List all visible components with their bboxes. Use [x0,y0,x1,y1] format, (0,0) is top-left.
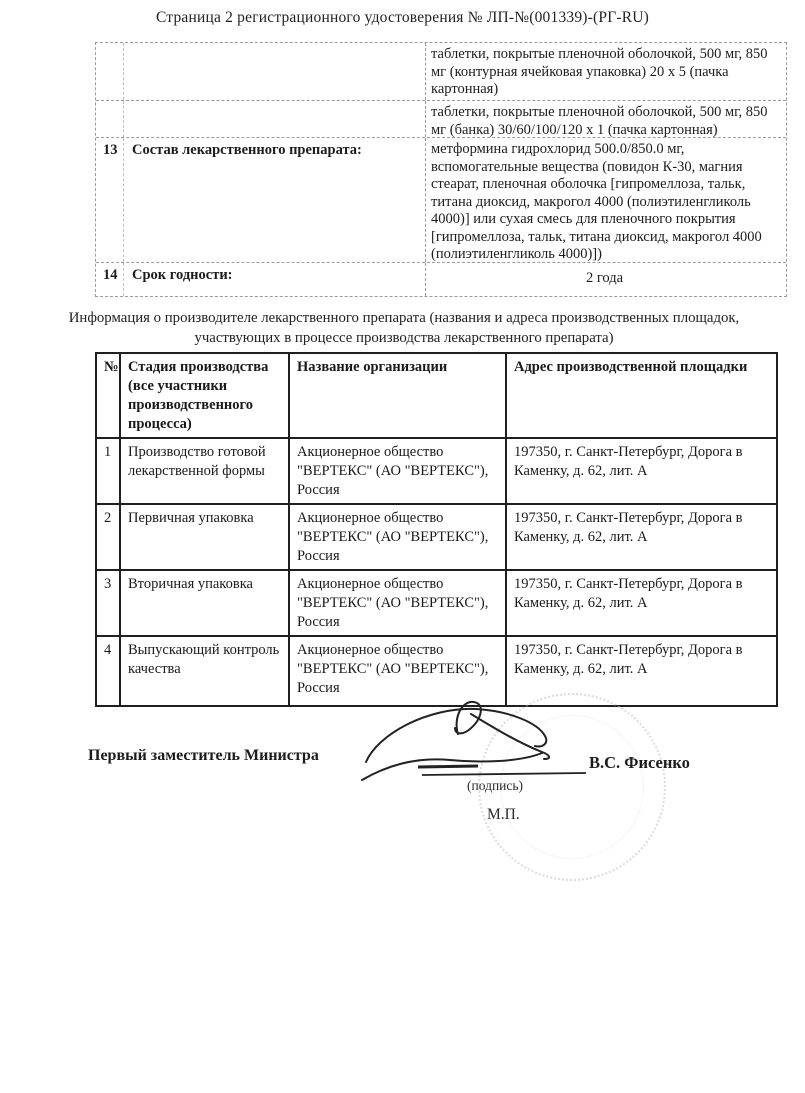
cell-num: 3 [96,570,120,636]
row-value: таблетки, покрытые пленочной оболочкой, … [426,101,786,137]
row-number [96,43,124,100]
table-row: 13 Состав лекарственного препарата: метф… [96,138,786,263]
header-cell-address: Адрес производственной площадки [506,353,777,438]
stamp-caption: М.П. [487,806,520,824]
row-label: Состав лекарственного препарата: [124,138,425,262]
row-value: метформина гидрохлорид 500.0/850.0 мг, в… [426,138,786,262]
cell-stage: Вторичная упаковка [120,570,289,636]
row-number: 14 [96,263,124,296]
cell-address: 197350, г. Санкт-Петербург, Дорога в Кам… [506,438,777,504]
row-label [124,43,425,100]
manufacturer-table: № Стадия производства (все участники про… [95,352,778,707]
cell-num: 1 [96,438,120,504]
row-label [124,101,425,137]
row-value: таблетки, покрытые пленочной оболочкой, … [426,43,786,100]
cell-organization: Акционерное общество "ВЕРТЕКС" (АО "ВЕРТ… [289,438,506,504]
table-row: 3 Вторичная упаковка Акционерное обществ… [96,570,777,636]
page-title: Страница 2 регистрационного удостоверени… [0,9,805,27]
header-cell-stage: Стадия производства (все участники произ… [120,353,289,438]
signer-name: В.С. Фисенко [589,753,690,773]
cell-address: 197350, г. Санкт-Петербург, Дорога в Кам… [506,570,777,636]
table-row: 14 Срок годности: 2 года [96,263,786,296]
table-row: таблетки, покрытые пленочной оболочкой, … [96,101,786,138]
cell-stage: Производство готовой лекарственной формы [120,438,289,504]
header-cell-num: № [96,353,120,438]
document-page: Страница 2 регистрационного удостоверени… [0,0,805,1093]
registration-table: таблетки, покрытые пленочной оболочкой, … [95,42,787,297]
row-number: 13 [96,138,124,262]
cell-stage: Первичная упаковка [120,504,289,570]
table-row: таблетки, покрытые пленочной оболочкой, … [96,43,786,101]
cell-stage: Выпускающий контроль качества [120,636,289,706]
row-value: 2 года [426,263,786,296]
row-label: Срок годности: [124,263,425,296]
signature-caption: (подпись) [467,778,523,794]
row-number [96,101,124,137]
table-row: 1 Производство готовой лекарственной фор… [96,438,777,504]
signer-title: Первый заместитель Министра [88,747,319,765]
manufacturer-info-intro: Информация о производителе лекарственног… [30,309,778,348]
cell-address: 197350, г. Санкт-Петербург, Дорога в Кам… [506,504,777,570]
table-header-row: № Стадия производства (все участники про… [96,353,777,438]
cell-num: 4 [96,636,120,706]
cell-organization: Акционерное общество "ВЕРТЕКС" (АО "ВЕРТ… [289,570,506,636]
header-cell-organization: Название организации [289,353,506,438]
table-row: 2 Первичная упаковка Акционерное обществ… [96,504,777,570]
cell-num: 2 [96,504,120,570]
cell-organization: Акционерное общество "ВЕРТЕКС" (АО "ВЕРТ… [289,504,506,570]
